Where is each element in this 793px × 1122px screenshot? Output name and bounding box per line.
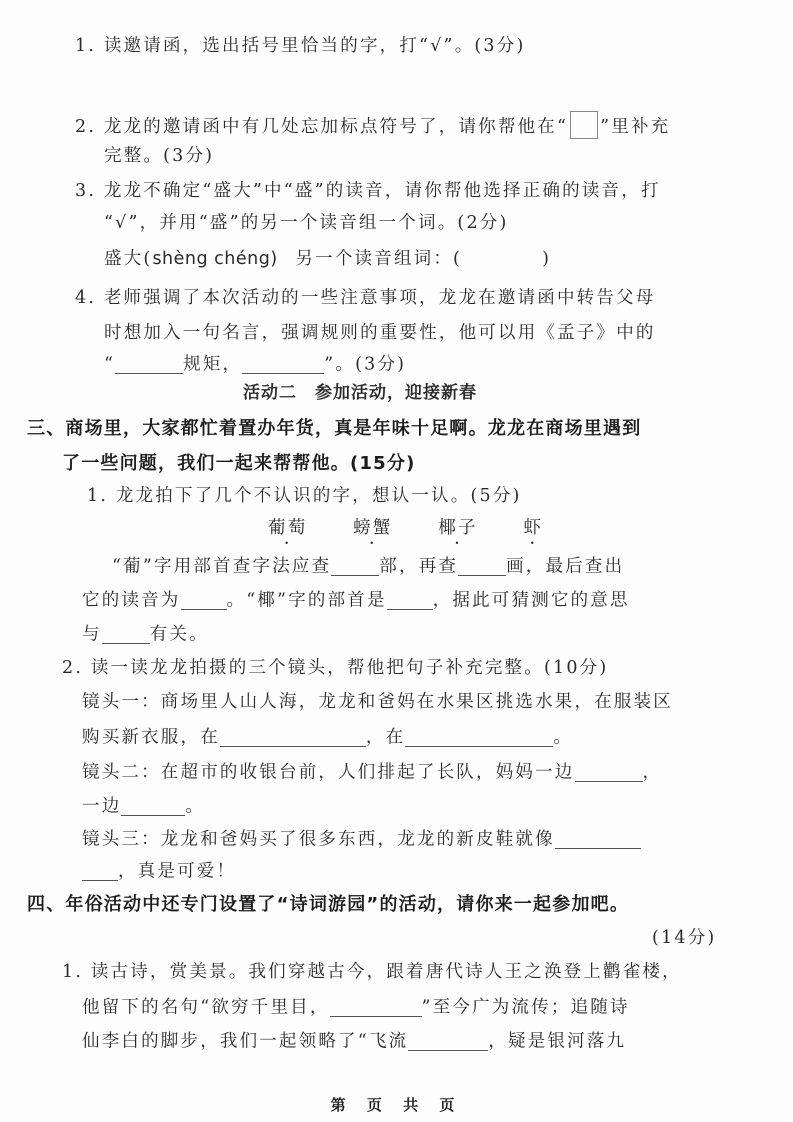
text: 他留下的名句“欲穷千里目， — [82, 998, 330, 1018]
question-2-3-cont: “√”，并用“盛”的另一个读音组一个词。(2分) — [104, 215, 509, 233]
question-3-1-line3: 与有关。 — [82, 625, 209, 644]
text: 部，再查 — [379, 557, 458, 577]
text: ，据此可猜测它的意思 — [433, 591, 630, 611]
text: ，疑是银河落九 — [488, 1032, 626, 1052]
answer-blank[interactable] — [82, 862, 118, 881]
answer-blank[interactable] — [408, 1032, 488, 1051]
section-4-score: (14分) — [652, 930, 716, 948]
text: 购买新衣服，在 — [82, 728, 220, 748]
text: 镜头二：在超市的收银台前，人们排起了长队，妈妈一边 — [82, 763, 575, 783]
question-2-4: 4. 老师强调了本次活动的一些注意事项，龙龙在邀请函中转告父母 — [75, 290, 655, 308]
text: 仙李白的脚步，我们一起领略了“飞流 — [82, 1032, 408, 1052]
answer-blank[interactable] — [405, 728, 553, 747]
question-2-3-pinyin-line: 盛大(shèng chéng) 另一个读音组词：() — [104, 251, 551, 269]
question-3-2: 2. 读一读龙龙拍摄的三个镜头，帮他把句子补充完整。(10分) — [62, 660, 608, 678]
shot-3: 镜头三：龙龙和爸妈买了很多东西，龙龙的新皮鞋就像 — [82, 830, 641, 849]
section-3-heading-cont: 了一些问题，我们一起来帮帮他。(15分) — [62, 455, 416, 473]
shot-1-cont: 购买新衣服，在，在。 — [82, 728, 573, 747]
section-4-heading: 四、年俗活动中还专门设置了“诗词游园”的活动，请你来一起参加吧。 — [27, 896, 629, 914]
text: 有关。 — [150, 625, 209, 645]
quote-end: ”。(3分) — [324, 355, 406, 375]
answer-blank[interactable] — [181, 591, 227, 610]
question-2-2: 2. 龙龙的邀请函中有几处忘加标点符号了，请你帮他在“”里补充 — [75, 111, 670, 139]
answer-blank[interactable] — [331, 557, 379, 576]
word-xia: 虾 — [524, 520, 544, 538]
text: 镜头三：龙龙和爸妈买了很多东西，龙龙的新皮鞋就像 — [82, 830, 555, 850]
question-3-1-line1: “葡”字用部首查字法应查部，再查画，最后查出 — [112, 557, 624, 576]
text: ，真是可爱！ — [118, 862, 236, 882]
quote-mid: 规矩， — [183, 355, 242, 375]
word-text: 葡萄 — [268, 520, 307, 538]
answer-blank[interactable] — [220, 728, 366, 747]
text: 。 — [553, 728, 573, 748]
answer-blank[interactable] — [555, 830, 641, 849]
shot-2-cont: 一边。 — [82, 797, 205, 816]
question-3-1-line2: 它的读音为。“椰”字的部首是，据此可猜测它的意思 — [82, 591, 630, 610]
question-2-2-text-a: 2. 龙龙的邀请函中有几处忘加标点符号了，请你帮他在“ — [75, 117, 568, 137]
text: ，在 — [366, 728, 405, 748]
shot-1: 镜头一：商场里人山人海，龙龙和爸妈在水果区挑选水果，在服装区 — [82, 694, 673, 712]
text: “葡”字用部首查字法应查 — [112, 557, 331, 577]
text: 画，最后查出 — [506, 557, 624, 577]
pinyin-prefix: 盛大( — [104, 249, 152, 269]
word-text: 椰子 — [438, 520, 477, 538]
text: 。 — [185, 797, 205, 817]
word-yezi: 椰子 — [438, 520, 477, 538]
question-3-1: 1. 龙龙拍下了几个不认识的字，想认一认。(5分) — [87, 488, 522, 506]
question-2-4-fill: “规矩，”。(3分) — [104, 355, 406, 374]
question-2-1: 1. 读邀请函，选出括号里恰当的字，打“√”。(3分) — [75, 38, 526, 56]
answer-blank[interactable] — [458, 557, 506, 576]
text: 它的读音为 — [82, 591, 181, 611]
word-putao: 葡萄 — [268, 520, 307, 538]
answer-blank[interactable] — [387, 591, 433, 610]
punctuation-box — [570, 111, 598, 139]
unknown-words: 葡萄 螃蟹 椰子 虾 — [268, 520, 581, 538]
page-footer: 第 页 共 页 — [0, 1094, 793, 1115]
other-reading-label: 另一个读音组词：( — [295, 249, 462, 269]
question-2-2-cont: 完整。(3分) — [104, 148, 214, 166]
word-text: 虾 — [524, 520, 544, 538]
question-4-1-line3: 仙李白的脚步，我们一起领略了“飞流，疑是银河落九 — [82, 1032, 626, 1051]
question-4-1-line2: 他留下的名句“欲穷千里目，”至今广为流传；追随诗 — [82, 998, 630, 1017]
answer-blank[interactable] — [121, 797, 185, 816]
word-text: 螃蟹 — [353, 520, 392, 538]
answer-blank[interactable] — [330, 998, 422, 1017]
activity-2-title: 活动二 参加活动，迎接新春 — [243, 385, 477, 402]
section-3-heading: 三、商场里，大家都忙着置办年货，真是年味十足啊。龙龙在商场里遇到 — [27, 420, 641, 438]
text: ， — [643, 763, 663, 783]
word-pangxie: 螃蟹 — [353, 520, 392, 538]
answer-blank[interactable] — [102, 625, 150, 644]
text: 一边 — [82, 797, 121, 817]
answer-blank[interactable] — [115, 355, 183, 374]
text: 与 — [82, 625, 102, 645]
question-4-1: 1. 读古诗，赏美景。我们穿越古今，跟着唐代诗人王之涣登上鹳雀楼， — [62, 964, 682, 982]
answer-blank[interactable] — [575, 763, 643, 782]
text: ”至今广为流传；追随诗 — [422, 998, 630, 1018]
question-2-3: 3. 龙龙不确定“盛大”中“盛”的读音，请你帮他选择正确的读音，打 — [75, 183, 661, 201]
quote-open: “ — [104, 355, 115, 375]
question-2-4-cont: 时想加入一句名言，强调规则的重要性，他可以用《孟子》中的 — [104, 325, 656, 343]
paren-close: ) — [542, 249, 551, 269]
text: 。“椰”字的部首是 — [227, 591, 387, 611]
shot-3-cont: ，真是可爱！ — [82, 862, 236, 881]
question-2-2-text-b: ”里补充 — [600, 117, 670, 137]
answer-blank[interactable] — [242, 355, 324, 374]
pinyin-options[interactable]: shèng chéng) — [152, 249, 277, 269]
shot-2: 镜头二：在超市的收银台前，人们排起了长队，妈妈一边， — [82, 763, 662, 782]
